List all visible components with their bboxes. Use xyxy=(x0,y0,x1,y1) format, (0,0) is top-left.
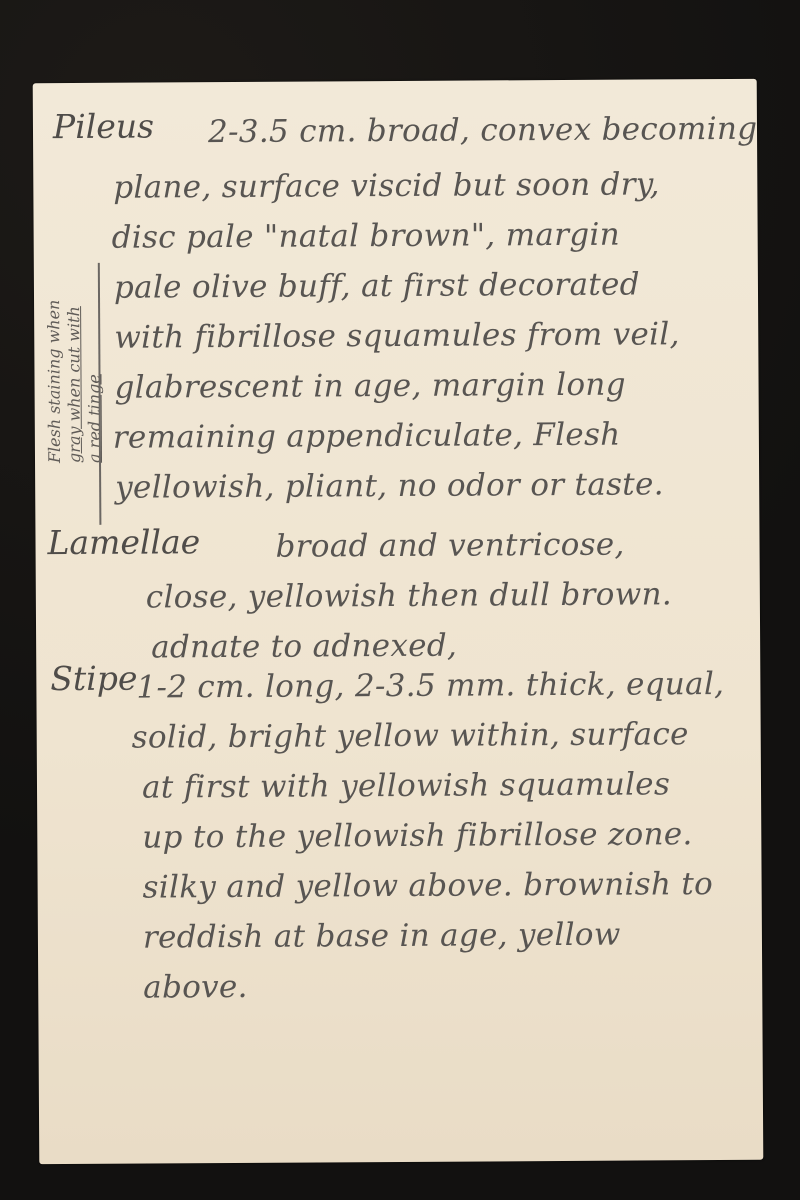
stipe-line: up to the yellowish fibrillose zone. xyxy=(142,819,693,853)
pileus-line: pale olive buff, at first decorated xyxy=(114,270,640,304)
section-heading-lamellae: Lamellae xyxy=(47,522,200,562)
margin-note: Flesh staining when gray when cut with a… xyxy=(44,299,105,463)
section-heading-pileus: Pileus xyxy=(53,106,154,146)
stipe-line: solid, bright yellow within, surface xyxy=(132,719,689,753)
margin-note-line: gray when cut with xyxy=(64,299,85,463)
margin-note-line: Flesh staining when xyxy=(44,300,65,464)
pileus-line: glabrescent in age, margin long xyxy=(114,370,625,404)
stipe-line: reddish at base in age, yellow xyxy=(143,920,621,954)
margin-bracket xyxy=(98,263,108,525)
index-card: Flesh staining when gray when cut with a… xyxy=(33,79,764,1164)
stipe-line: 1-2 cm. long, 2-3.5 mm. thick, equal, xyxy=(136,669,724,704)
pileus-line: remaining appendiculate, Flesh xyxy=(113,420,621,454)
pileus-line: plane, surface viscid but soon dry, xyxy=(113,169,660,203)
lamellae-line: broad and ventricose, xyxy=(275,530,624,563)
pileus-line: disc pale "natal brown", margin xyxy=(112,220,620,254)
lamellae-line: close, yellowish then dull brown. xyxy=(146,579,672,613)
stipe-line: silky and yellow above. brownish to xyxy=(143,869,714,903)
lamellae-line: adnate to adnexed, xyxy=(151,631,457,664)
pileus-line: yellowish, pliant, no odor or taste. xyxy=(115,469,664,503)
stipe-line: above. xyxy=(143,972,248,1004)
pileus-line: 2-3.5 cm. broad, convex becoming xyxy=(208,114,757,148)
pileus-line: with fibrillose squamules from veil, xyxy=(114,319,680,353)
stipe-line: at first with yellowish squamules xyxy=(142,769,670,803)
section-heading-stipe: Stipe xyxy=(50,659,137,699)
